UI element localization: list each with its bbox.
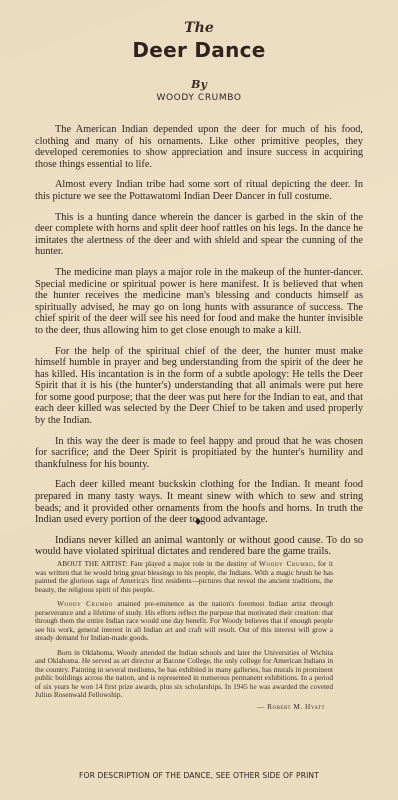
paragraph: Almost every Indian tribe had some sort …	[35, 179, 363, 202]
paragraph: The American Indian depended upon the de…	[35, 124, 363, 170]
title-prefix: The	[0, 20, 398, 36]
author-name: WOODY CRUMBO	[0, 93, 398, 103]
signature: — Robert M. Hyatt	[35, 703, 333, 712]
about-artist-section: ABOUT THE ARTIST: Fate played a major ro…	[35, 560, 333, 711]
paragraph: Indians never killed an animal wantonly …	[35, 535, 363, 558]
article-body: The American Indian depended upon the de…	[35, 124, 363, 567]
page-title: Deer Dance	[0, 38, 398, 62]
paragraph: In this way the deer is made to feel hap…	[35, 436, 363, 471]
document-page: The Deer Dance By WOODY CRUMBO The Ameri…	[0, 0, 398, 800]
paragraph: The medicine man plays a major role in t…	[35, 267, 363, 337]
diamond-ornament-icon: ♦	[192, 517, 204, 528]
about-artist-paragraph: ABOUT THE ARTIST: Fate played a major ro…	[35, 560, 333, 594]
footer-note: FOR DESCRIPTION OF THE DANCE, SEE OTHER …	[0, 771, 398, 780]
paragraph: For the help of the spiritual chief of t…	[35, 346, 363, 427]
byline-label: By	[0, 78, 398, 91]
about-artist-paragraph: Born in Oklahoma, Woody attended the Ind…	[35, 649, 333, 700]
paragraph: This is a hunting dance wherein the danc…	[35, 212, 363, 258]
about-artist-paragraph: Woody Crumbo attained pre-eminence as th…	[35, 600, 333, 643]
